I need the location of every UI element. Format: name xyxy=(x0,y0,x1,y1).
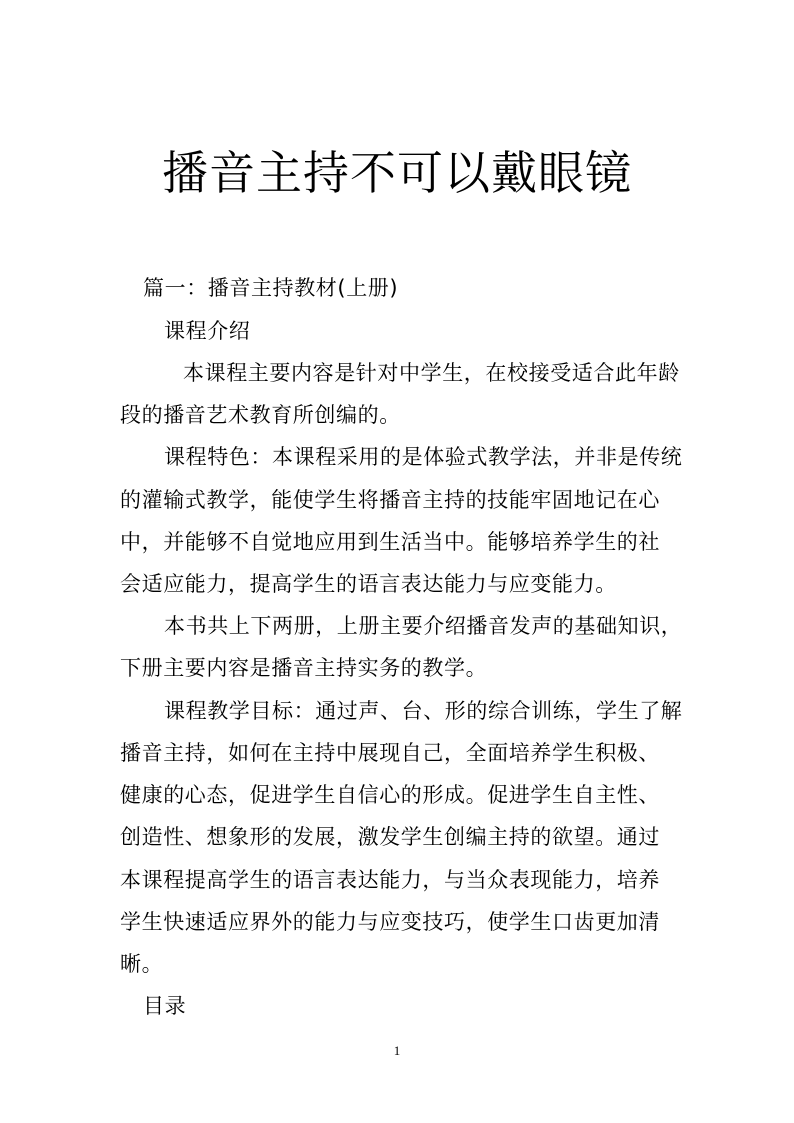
paragraph-line: 学生快速适应界外的能力与应变技巧，使学生口齿更加清 xyxy=(120,908,660,936)
paragraph-line: 本课程提高学生的语言表达能力，与当众表现能力，培养 xyxy=(120,866,660,894)
paragraph-line: 的灌输式教学，能使学生将播音主持的技能牢固地记在心 xyxy=(120,486,660,514)
paragraph-line: 本书共上下两册，上册主要介绍播音发声的基础知识， xyxy=(164,612,682,640)
paragraph-line: 课程教学目标：通过声、台、形的综合训练，学生了解 xyxy=(164,697,682,725)
paragraph-line: 课程特色：本课程采用的是体验式教学法，并非是传统 xyxy=(164,443,682,471)
paragraph-line: 创造性、想象形的发展，激发学生创编主持的欲望。通过 xyxy=(120,823,660,851)
paragraph-line: 本课程主要内容是针对中学生，在校接受适合此年龄 xyxy=(183,359,680,387)
subheading-intro: 课程介绍 xyxy=(164,317,250,345)
paragraph-line: 健康的心态，促进学生自信心的形成。促进学生自主性、 xyxy=(120,781,660,809)
paragraph-line: 下册主要内容是播音主持实务的教学。 xyxy=(120,654,487,682)
page-number: 1 xyxy=(0,1043,794,1059)
paragraph-line: 晰。 xyxy=(120,950,163,978)
paragraph-line: 播音主持，如何在主持中展现自己，全面培养学生积极、 xyxy=(120,739,660,767)
paragraph-line: 段的播音艺术教育所创编的。 xyxy=(120,401,401,429)
paragraph-line: 中，并能够不自觉地应用到生活当中。能够培养学生的社 xyxy=(120,528,660,556)
paragraph-line: 会适应能力，提高学生的语言表达能力与应变能力。 xyxy=(120,570,617,598)
section-heading: 篇一：播音主持教材(上册) xyxy=(143,274,398,302)
toc-heading: 目录 xyxy=(143,992,186,1020)
document-title: 播音主持不可以戴眼镜 xyxy=(0,143,794,203)
